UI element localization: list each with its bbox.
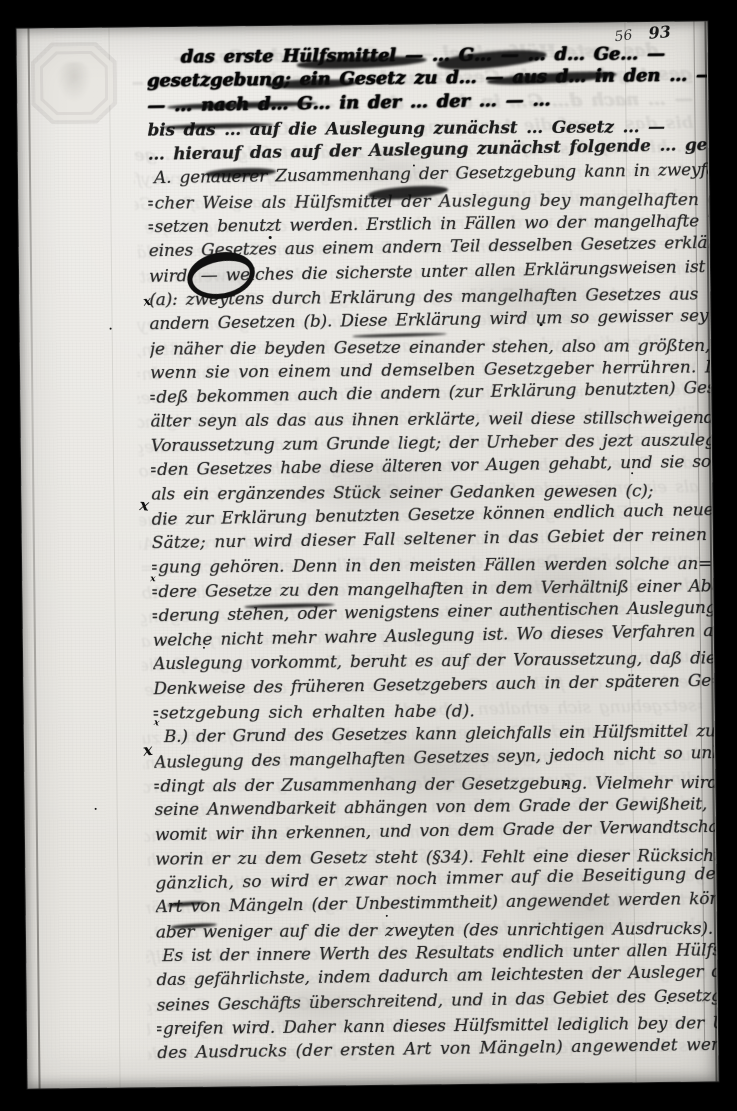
ink-blot [631,472,633,474]
manuscript-page: 56 93 das erste Hülfsmittel — … G… — … d… [16,21,718,1088]
ink-blot [386,915,388,917]
ink-showthrough [226,975,407,1037]
margin-x-mark: x [142,295,152,309]
ink-blot [564,783,567,786]
margin-x-mark: x [142,742,153,759]
ink-showthrough [324,723,545,815]
ink-showthrough [439,262,620,334]
scan-background: 56 93 das erste Hülfsmittel — … G… — … d… [0,0,737,1111]
ink-blot [413,164,415,166]
margin-x-mark: x [150,575,155,584]
ink-blot [95,808,97,810]
ink-blot [203,647,205,649]
ink-blot [667,1002,669,1004]
ink-blot [269,236,272,239]
ink-showthrough [505,862,666,944]
margin-x-mark: x [139,497,150,514]
ink-showthrough [482,542,643,634]
ink-showthrough [318,144,479,196]
fold-crease [108,28,120,1088]
ink-showthrough [271,444,472,526]
ink-blot [540,323,543,326]
ink-blot [110,328,112,330]
seal-crest [57,62,91,102]
binding-crease [27,29,40,1089]
embossed-seal-icon [31,42,118,125]
